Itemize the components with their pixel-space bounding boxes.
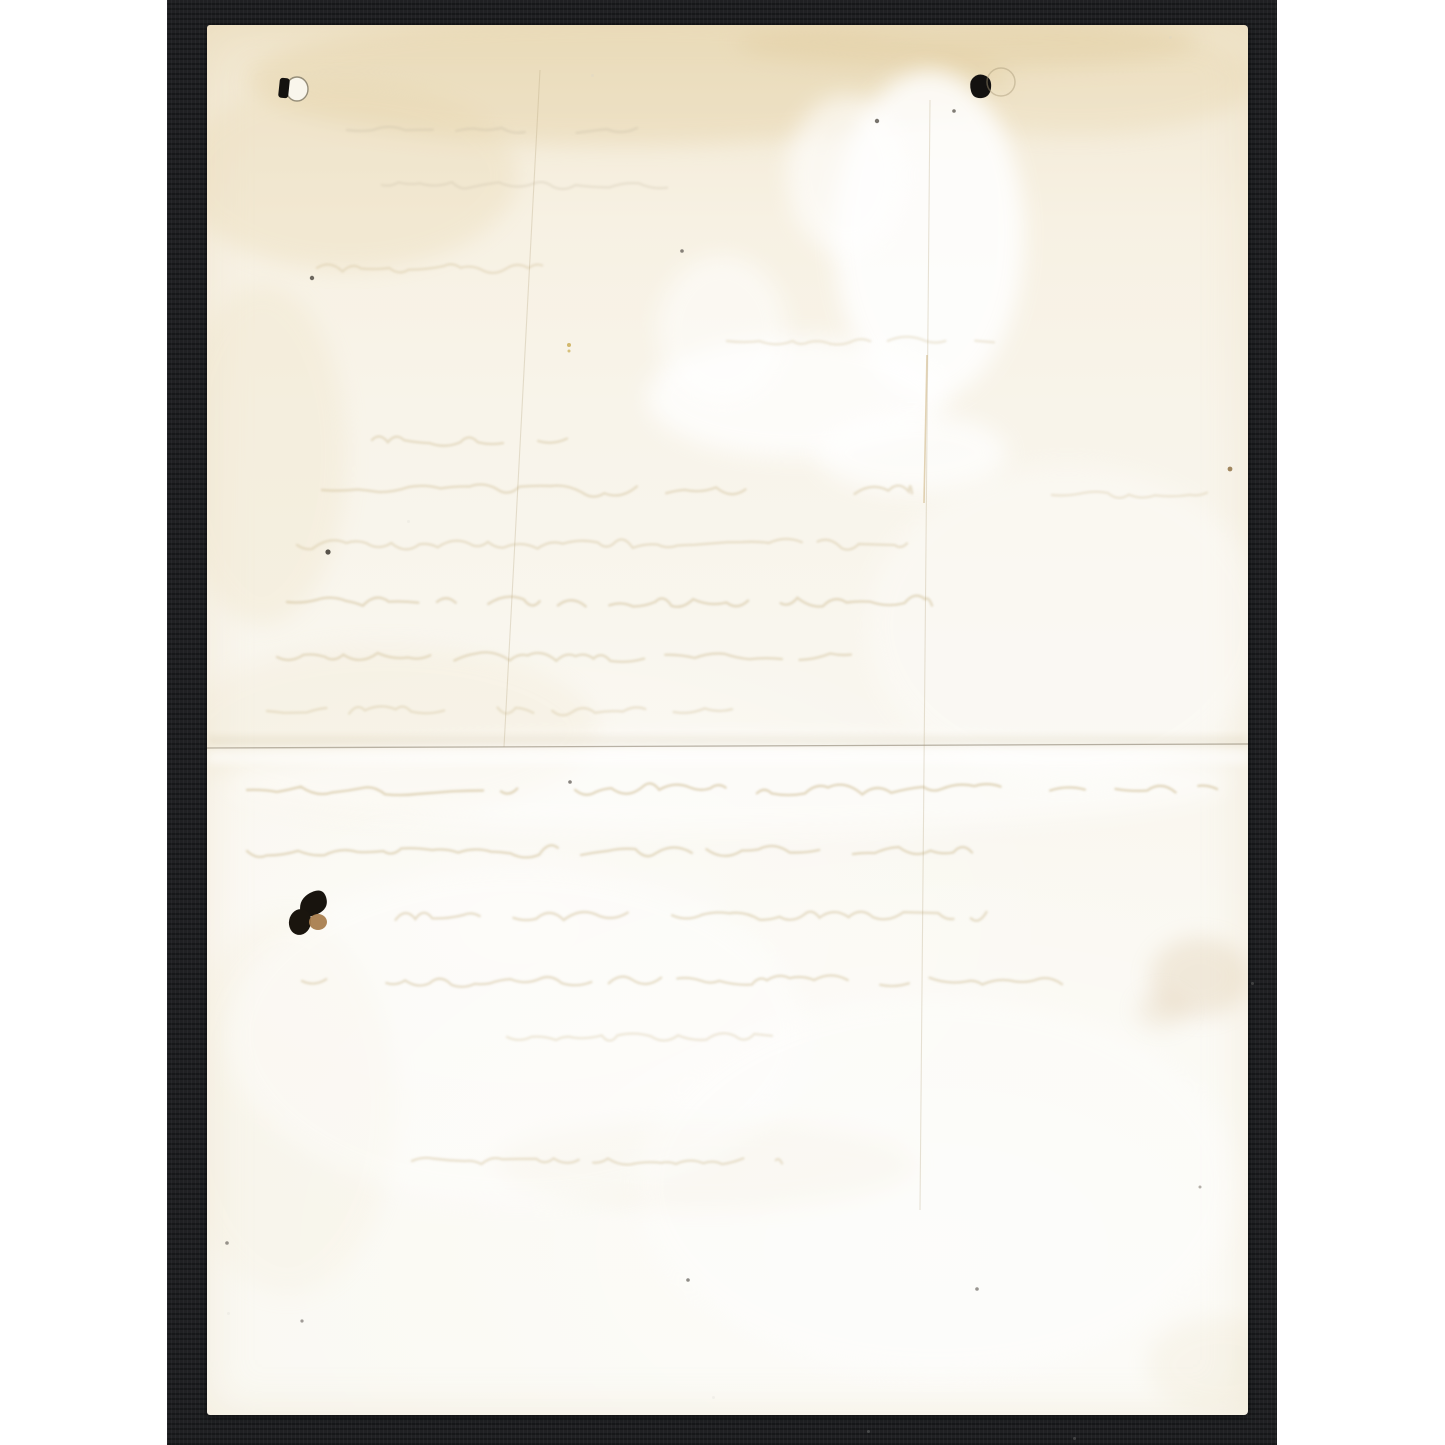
stain (1147, 1317, 1248, 1413)
mat-fleck (1251, 982, 1254, 985)
speck (680, 249, 684, 253)
mat-fleck (712, 1396, 715, 1399)
bleed-script-line (322, 484, 912, 496)
stain (1137, 992, 1187, 1028)
photo-scan (0, 0, 1445, 1445)
bleed-script-line (247, 845, 972, 857)
stain (207, 285, 347, 625)
mat-fleck (407, 520, 410, 523)
speck (952, 109, 956, 113)
bleach-patch (657, 255, 787, 405)
mat-fleck (1169, 36, 1172, 39)
black-fabric-mat (167, 0, 1277, 1445)
bleed-script-line (287, 596, 932, 607)
crease-band (207, 736, 1248, 745)
mat-fleck (867, 1430, 870, 1433)
bleed-script-line (297, 539, 907, 550)
page-edge-left (0, 0, 167, 1445)
speck (686, 1278, 690, 1282)
speck (310, 276, 314, 280)
ink-blot (309, 914, 327, 930)
speck (568, 780, 572, 784)
letter-verso-paper (207, 25, 1248, 1415)
bleach-patch (787, 95, 907, 255)
page-edge-right (1277, 0, 1445, 1445)
speck (1228, 467, 1233, 472)
mat-fleck (591, 74, 594, 77)
ink-blot (278, 78, 290, 99)
mat-fleck (1073, 1437, 1076, 1440)
crease-band (207, 751, 1248, 764)
speck (300, 1319, 303, 1322)
speck (325, 549, 330, 554)
speck (1199, 1186, 1202, 1189)
paper-artifacts (207, 25, 1248, 1415)
speck (568, 350, 571, 353)
bleach-patch (817, 413, 1007, 493)
bleed-script-line (372, 436, 567, 445)
bleach-patch (637, 995, 1237, 1375)
mat-fleck (227, 1312, 230, 1315)
speck (225, 1241, 229, 1245)
speck (875, 119, 879, 123)
speck (975, 1287, 979, 1291)
speck (567, 343, 571, 347)
